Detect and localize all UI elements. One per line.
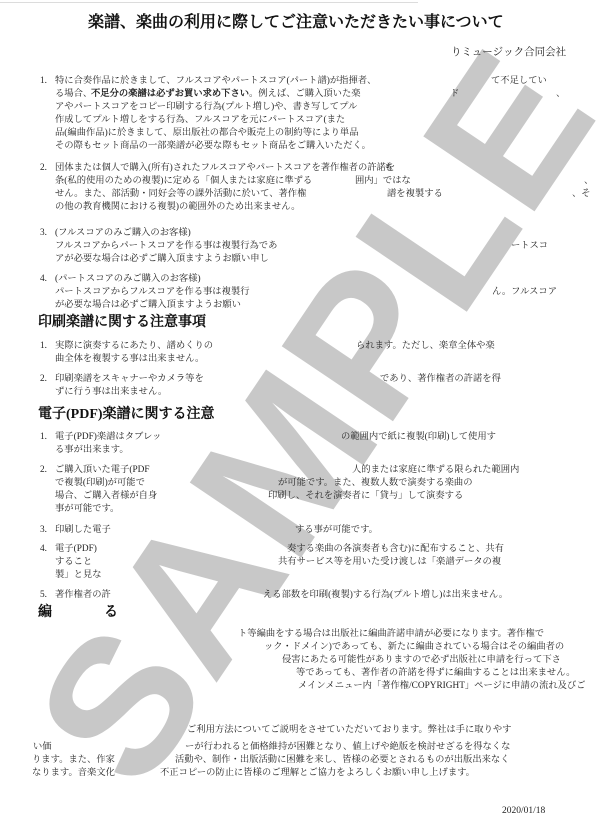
text-segment: 編 (38, 604, 52, 621)
text-segment: せん。また、部活動・同好会等の課外活動に於いて、著作権 (55, 188, 306, 201)
text-segment: 人的または家庭に準ずる限られた範囲内 (352, 464, 519, 477)
text-segment: 著作権者の許 (55, 589, 111, 602)
text-line: る場合、不足分の楽譜は必ずお買い求め下さい。例えば、ご購入頂いた楽ド、 (0, 88, 600, 101)
text-line: 2.印刷楽譜をスキャナーやカメラ等をであり、著作権者の許諾を得 (0, 373, 600, 386)
text-segment: 実際に演奏するにあたり、譜めくりの (55, 340, 213, 353)
text-segment: 共有サービス等を用いた受け渡しは「楽譜データの複 (278, 556, 501, 569)
list-number: 2. (40, 464, 47, 477)
list-number: 1. (40, 340, 47, 353)
page-title: 楽譜、楽曲の利用に際してご注意いただきたい事について (0, 13, 600, 33)
list-number: 2. (40, 373, 47, 386)
text-segment: ります。また、作家 (32, 754, 115, 767)
text-line: 品(編曲作品)に於きまして、原出版社の都合や販売上の制約等により単品 (0, 127, 600, 140)
text-line: 等であっても、著作者の許諾を得ずに編曲することは出来ません。 (0, 667, 600, 680)
list-number: 3. (40, 227, 47, 240)
text-segment: 場合、ご購入者様が自身 (55, 490, 157, 503)
text-segment: 不正コピーの防止に皆様のご理解とご協力をよろしくお願い申し上げます。 (160, 767, 475, 780)
text-segment: い (408, 13, 424, 33)
text-line: 侵害にあたる可能性がありますので必ず出版社に申請を行って下さ (0, 654, 600, 667)
text-segment: ご購入頂いた電子(PDF (55, 464, 150, 477)
text-line: すること共有サービス等を用いた受け渡しは「楽譜データの複 (0, 556, 600, 569)
text-line: 2.団体または個人で購入(所有)されたフルスコアやパートスコアを著作権者の許諾を… (0, 162, 600, 175)
text-segment: アやパートスコアをコピー印刷する行為(プルト増し)や、書き写してプル (55, 101, 357, 114)
text-segment: 印刷楽譜をスキャナーやカメラ等を (55, 373, 204, 386)
list-number: 2. (40, 162, 47, 175)
text-segment: の範囲内で紙に複製(印刷)して使用す (341, 431, 496, 444)
text-line: パートスコアからフルスコアを作る事は複製行ん。フルスコア (0, 286, 600, 299)
text-segment: 。例えば、ご購入頂いた楽 (249, 88, 361, 101)
section-heading: 編る (0, 604, 600, 621)
text-segment: 品(編曲作品)に於きまして、原出版社の都合や販売上の制約等により単品 (55, 127, 359, 140)
text-segment: 団体または個人で購入(所有)されたフルスコアやパートスコアを著作権者の許諾を (55, 162, 395, 175)
text-segment: その際もセット商品の一部楽譜が必要な際もセット商品をご購入いただく。 (55, 140, 371, 153)
text-segment: すること (55, 556, 92, 569)
text-segment: 曲全体を複製する事は出来ません。 (55, 353, 204, 366)
text-segment: ん。フルスコア (492, 286, 557, 299)
text-segment: る場合、 (55, 88, 92, 101)
text-line: 1.実際に演奏するにあたり、譜めくりのられます。ただし、楽章全体や楽 (0, 340, 600, 353)
text-segment: ートスコ (511, 240, 548, 253)
text-line: 3.(フルスコアのみご購入のお客様) (0, 227, 600, 240)
text-segment: ト等編曲をする場合は出版社に編曲許諾申請が必要になります。著作権で (238, 628, 544, 641)
text-segment: る (104, 604, 118, 621)
list-number: 1. (40, 431, 47, 444)
text-line: メインメニュー内「著作権/COPYRIGHT」ページに申請の流れ及びご (0, 680, 600, 693)
list-number: 4. (40, 273, 47, 286)
text-line: ります。また、作家活動や、制作・出版活動に困難を来し、皆様の必要とされるものが出… (0, 754, 600, 767)
text-line: ご利用方法についてご説明をさせていただいております。弊社は手に取りやす (0, 724, 600, 737)
text-segment: メインメニュー内「著作権/COPYRIGHT」ページに申請の流れ及びご (298, 680, 586, 693)
text-segment: であり、著作権者の許諾を得 (380, 373, 501, 386)
text-segment: ーが行われると価格維持が困難となり、値上げや絶版を検討せざるを得なくな (185, 741, 510, 754)
text-line: 場合、ご購入者様が自身印刷し、それを演奏者に「貸与」して演奏する (0, 490, 600, 503)
text-segment: 事が可能です。 (55, 503, 119, 516)
text-segment: 電子(PDF) (55, 543, 97, 556)
text-segment: 事について (424, 13, 504, 33)
text-line: ック・ドメイン)であっても、新たに編曲されている場合はその編曲者の (0, 641, 600, 654)
text-segment: アが必要な場合は必ずご購入頂ますようお願い申し (55, 253, 269, 266)
section-heading: 電子(PDF)楽譜に関する注意 (0, 406, 600, 423)
text-line: 5.著作権者の許える部数を印刷(複製)する行為(プルト増し)は出来ません。 (0, 589, 600, 602)
text-line: の他の教育機関における複製)の範囲外のため出来ません。 (0, 201, 600, 214)
text-line: 1.電子(PDF)楽譜はタブレッの範囲内で紙に複製(印刷)して使用す (0, 431, 600, 444)
text-segment: 奏する楽曲の各演奏者も含む)に配布すること、共有 (287, 543, 504, 556)
text-line: 作成してプルト増しをする行為、フルスコアを元にパートスコア(また (0, 114, 600, 127)
text-line: 4.(パートスコアのみご購入のお客様) (0, 273, 600, 286)
company-name: りミュージック合同会社 (451, 46, 566, 59)
text-segment: る事が出来ます。 (55, 444, 129, 457)
text-segment: (パートスコアのみご購入のお客様) (55, 273, 201, 286)
text-segment: 不足分の楽譜は必ずお買い求め下さい (91, 88, 249, 101)
text-line: アやパートスコアをコピー印刷する行為(プルト増し)や、書き写してプル (0, 101, 600, 114)
text-line: 3.印刷した電子する事が可能です。 (0, 524, 600, 537)
text-line: 2.ご購入頂いた電子(PDF人的または家庭に準ずる限られた範囲内 (0, 464, 600, 477)
text-segment: 特に合奏作品に於きまして、フルスコアやパートスコア(パート譜)が指揮者、 (55, 75, 376, 88)
text-segment: 侵害にあたる可能性がありますので必ず出版社に申請を行って下さ (282, 654, 561, 667)
text-segment: (フルスコアのみご購入のお客様) (55, 227, 191, 240)
text-segment: が必要な場合は必ずご購入頂ますようお願い (55, 299, 241, 312)
text-segment: 製」と見な (55, 569, 102, 582)
text-line: 1.特に合奏作品に於きまして、フルスコアやパートスコア(パート譜)が指揮者、て不… (0, 75, 600, 88)
text-segment: 電子(PDF)楽譜に関する注意 (38, 406, 215, 423)
text-segment: なります。音楽文化 (32, 767, 115, 780)
text-segment: 譜を複製する (387, 188, 443, 201)
text-segment: の他の教育機関における複製)の範囲外のため出来ません。 (55, 201, 300, 214)
text-segment: ずに行う事は出来ません。 (55, 386, 167, 399)
text-segment: 楽譜、楽曲の利用に際してご注意いただきた (88, 13, 408, 33)
text-line: い価ーが行われると価格維持が困難となり、値上げや絶版を検討せざるを得なくな (0, 741, 600, 754)
text-segment: パートスコアからフルスコアを作る事は複製行 (55, 286, 250, 299)
text-segment: が可能です。また、複数人数で演奏する楽曲の (278, 477, 473, 490)
text-line: フルスコアからパートスコアを作る事は複製行為であートスコ (0, 240, 600, 253)
text-segment: 印刷し、それを演奏者に「貸与」して演奏する (268, 490, 463, 503)
text-line: 4.電子(PDF)奏する楽曲の各演奏者も含む)に配布すること、共有 (0, 543, 600, 556)
text-segment: で複製(印刷)が可能で (55, 477, 145, 490)
text-segment: 印刷した電子 (55, 524, 111, 537)
list-number: 4. (40, 543, 47, 556)
list-number: 3. (40, 524, 47, 537)
text-line: せん。また、部活動・同好会等の課外活動に於いて、著作権譜を複製する、そ (0, 188, 600, 201)
text-segment: 作成してプルト増しをする行為、フルスコアを元にパートスコア(また (55, 114, 345, 127)
text-segment: 電子(PDF)楽譜はタブレッ (55, 431, 161, 444)
document-page: SAMPLE りミュージック合同会社 2020/01/18 楽譜、楽曲の利用に際… (0, 0, 600, 828)
text-segment: フルスコアからパートスコアを作る事は複製行為であ (55, 240, 277, 253)
text-segment: 、そ (572, 188, 591, 201)
text-segment: 条(私的使用のための複製)に定める「個人または家庭に準ずる (55, 175, 312, 188)
text-line: ずに行う事は出来ません。 (0, 386, 600, 399)
list-number: 5. (40, 589, 47, 602)
document-body: りミュージック合同会社 2020/01/18 楽譜、楽曲の利用に際してご注意いた… (0, 0, 600, 828)
text-segment: ック・ドメイン)であっても、新たに編曲されている場合はその編曲者の (264, 641, 564, 654)
text-line: で複製(印刷)が可能でが可能です。また、複数人数で演奏する楽曲の (0, 477, 600, 490)
text-segment: も (384, 162, 393, 175)
text-line: 条(私的使用のための複製)に定める「個人または家庭に準ずる囲内」ではな、 (0, 175, 600, 188)
text-line: その際もセット商品の一部楽譜が必要な際もセット商品をご購入いただく。 (0, 140, 600, 153)
text-segment: 囲内」ではな (355, 175, 411, 188)
text-line: 事が可能です。 (0, 503, 600, 516)
text-line: 曲全体を複製する事は出来ません。 (0, 353, 600, 366)
text-line: る事が出来ます。 (0, 444, 600, 457)
document-date: 2020/01/18 (502, 805, 545, 817)
text-segment: ご利用方法についてご説明をさせていただいております。弊社は手に取りやす (187, 724, 511, 737)
text-segment: い価 (33, 741, 52, 754)
text-segment: 、 (584, 175, 593, 188)
text-line: ト等編曲をする場合は出版社に編曲許諾申請が必要になります。著作権で (0, 628, 600, 641)
text-segment: て不足してい (491, 75, 547, 88)
text-segment: える部数を印刷(複製)する行為(プルト増し)は出来ません。 (263, 589, 508, 602)
text-line: が必要な場合は必ずご購入頂ますようお願い (0, 299, 600, 312)
text-line: なります。音楽文化不正コピーの防止に皆様のご理解とご協力をよろしくお願い申し上げ… (0, 767, 600, 780)
text-line: 製」と見な (0, 569, 600, 582)
section-heading: 印刷楽譜に関する注意事項 (0, 314, 600, 331)
text-segment: ド (450, 88, 459, 101)
text-segment: られます。ただし、楽章全体や楽 (356, 340, 495, 353)
text-segment: 印刷楽譜に関する注意事項 (38, 314, 206, 331)
text-segment: する事が可能です。 (295, 524, 378, 537)
text-segment: 等であっても、著作者の許諾を得ずに編曲することは出来ません。 (296, 667, 575, 680)
text-segment: 活動や、制作・出版活動に困難を来し、皆様の必要とされるものが出版出来なく (175, 754, 510, 767)
text-segment: 、 (556, 88, 565, 101)
text-line: アが必要な場合は必ずご購入頂ますようお願い申し (0, 253, 600, 266)
list-number: 1. (40, 75, 47, 88)
